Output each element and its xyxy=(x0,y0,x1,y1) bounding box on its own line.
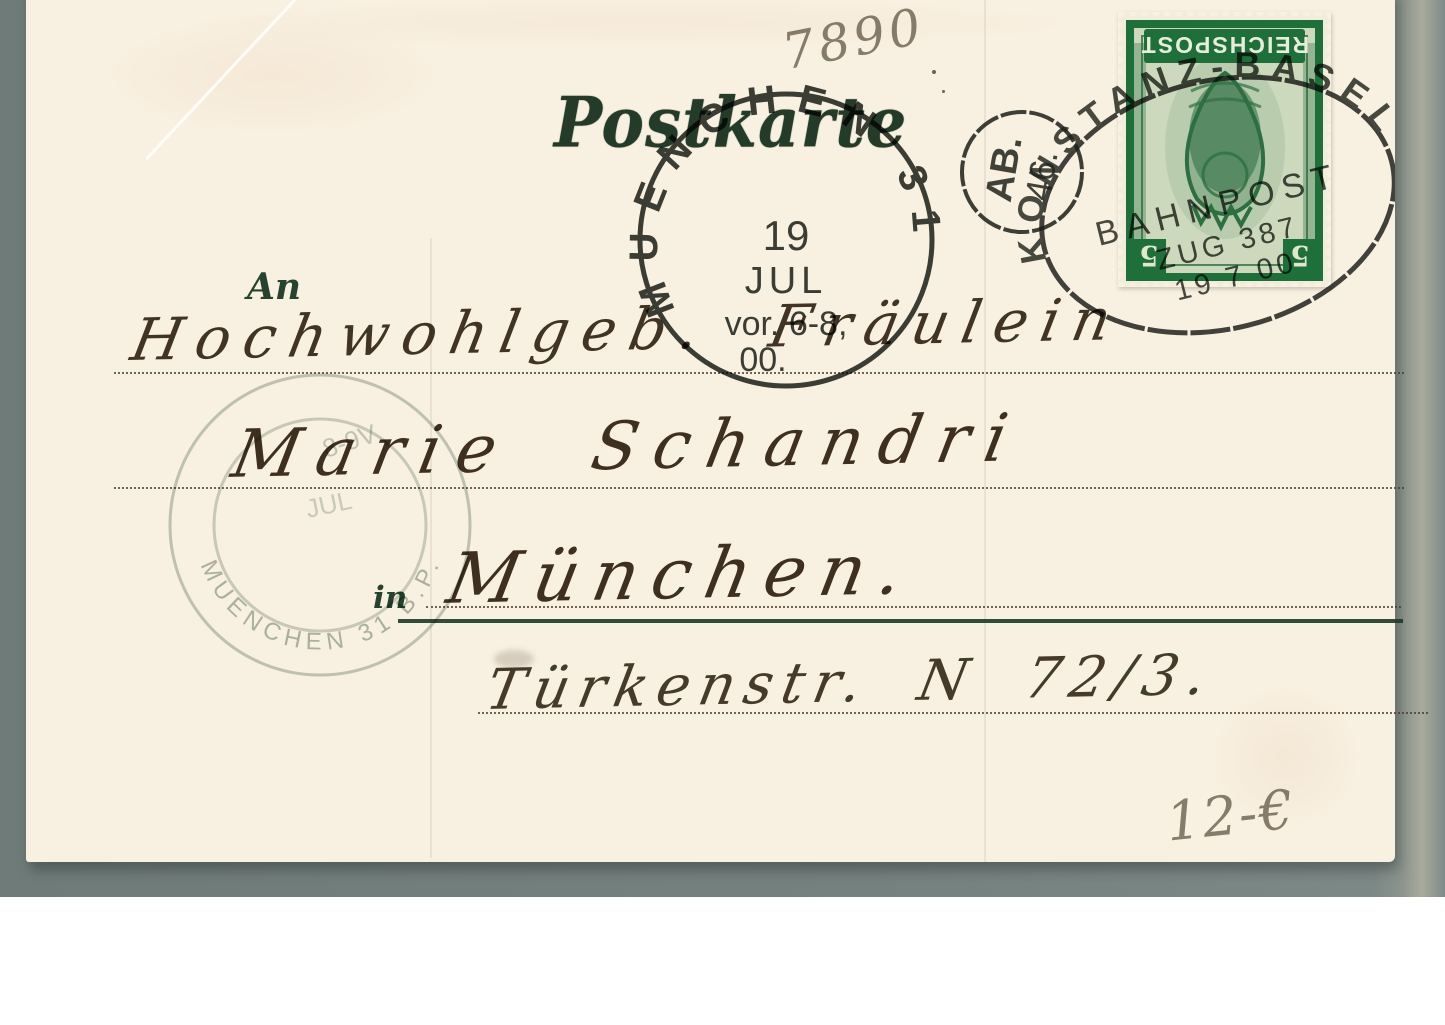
handwriting-line-city: München. xyxy=(441,528,923,620)
muenchen-postmark-day: 19 xyxy=(763,212,810,259)
pencil-price-note: 12-€ xyxy=(1163,777,1298,853)
scanned-postcard-page: Postkarte An in xyxy=(0,0,1445,1025)
postcard: Postkarte An in xyxy=(26,0,1395,862)
bottom-white-strip xyxy=(0,897,1445,1025)
